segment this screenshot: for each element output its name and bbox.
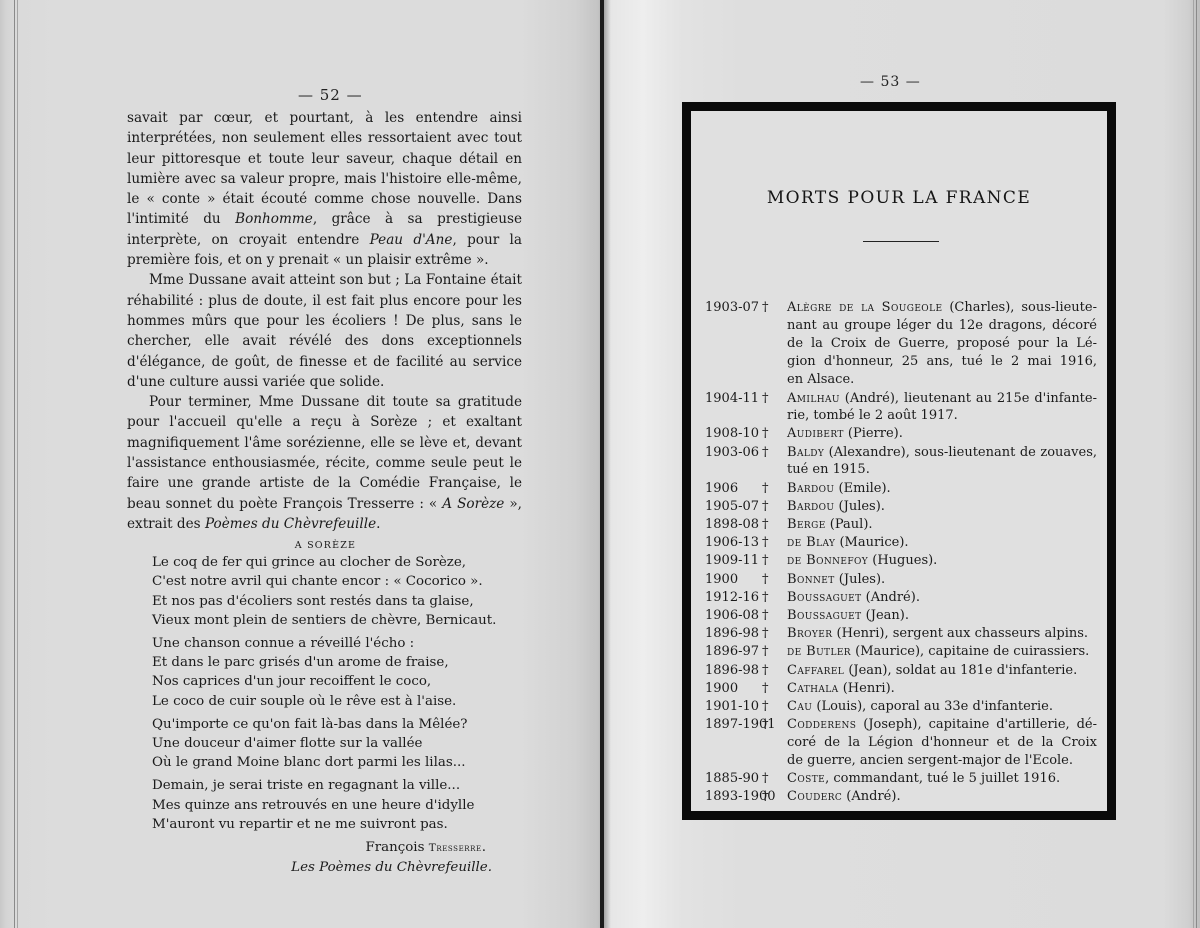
poem-verse: M'auront vu repartir et ne me suivront p… [152, 815, 522, 834]
poem-stanza: Une chanson connue a réveillé l'écho :Et… [152, 634, 522, 711]
page-number-right: — 53 — [860, 74, 921, 90]
page-edge-line [14, 0, 15, 928]
page-edge-line [17, 0, 18, 928]
school-years: 1904-11 [705, 390, 762, 408]
poem-author: François Tresserre. [127, 838, 522, 858]
page-number-left: — 52 — [298, 86, 363, 104]
soldier-name: Bonnet [787, 572, 835, 587]
poem-verse: Nos caprices d'un jour recoiffent le coc… [152, 672, 522, 691]
school-years: 1901-10 [705, 698, 762, 716]
school-years: 1906-08 [705, 607, 762, 625]
memorial-title: MORTS POUR LA FRANCE [691, 188, 1107, 208]
soldier-name: Boussaguet [787, 590, 862, 605]
school-years: 1906 [705, 480, 762, 498]
poem-verse: Et nos pas d'écoliers sont restés dans t… [152, 592, 522, 611]
cross-icon: † [762, 390, 787, 408]
poem-title: A SORÈZE [127, 540, 522, 551]
soldier-name: Coste [787, 771, 825, 786]
poem-stanza: Qu'importe ce qu'on fait là-bas dans la … [152, 715, 522, 773]
poem-verse: Le coco de cuir souple où le rêve est à … [152, 692, 522, 711]
paragraph: Pour terminer, Mme Dussane dit toute sa … [127, 392, 522, 534]
poem-verse: Où le grand Moine blanc dort parmi les l… [152, 753, 522, 772]
soldier-name: de Butler [787, 644, 851, 659]
cross-icon: † [762, 444, 787, 462]
memorial-black-frame: MORTS POUR LA FRANCE 1903-07†Alègre de l… [682, 102, 1116, 820]
cross-icon: † [762, 534, 787, 552]
school-years: 1900 [705, 571, 762, 589]
memorial-entry: 1885-90†Coste, commandant, tué le 5 juil… [705, 770, 1097, 788]
soldier-name: Broyer [787, 626, 832, 641]
memorial-entry: 1906-13†de Blay (Maurice). [705, 534, 1097, 552]
memorial-entry: 1893-1900†Couderc (André). [705, 788, 1097, 806]
book-gutter [600, 0, 604, 928]
soldier-name: Cathala [787, 681, 839, 696]
memorial-entry: 1896-98†Broyer (Henri), sergent aux chas… [705, 625, 1097, 643]
soldier-name: Baldy [787, 445, 824, 460]
cross-icon: † [762, 589, 787, 607]
soldier-name: Alègre de la Sougeole [787, 300, 942, 315]
cross-icon: † [762, 716, 787, 734]
memorial-entry: 1908-10†Audibert (Pierre). [705, 425, 1097, 443]
memorial-entry: 1905-07†Bardou (Jules). [705, 498, 1097, 516]
poem-verse: Une chanson connue a réveillé l'écho : [152, 634, 522, 653]
school-years: 1896-98 [705, 625, 762, 643]
soldier-name: Couderc [787, 789, 842, 804]
memorial-entry: 1903-07†Alègre de la Sougeole (Charles),… [705, 299, 1097, 390]
poem-verse: Une douceur d'aimer flotte sur la vallée [152, 734, 522, 753]
cross-icon: † [762, 425, 787, 443]
memorial-entry: 1906-08†Boussaguet (Jean). [705, 607, 1097, 625]
cross-icon: † [762, 571, 787, 589]
school-years: 1898-08 [705, 516, 762, 534]
cross-icon: † [762, 498, 787, 516]
soldier-name: de Bonnefoy [787, 553, 868, 568]
soldier-name: Bardou [787, 499, 834, 514]
memorial-entry: 1900†Bonnet (Jules). [705, 571, 1097, 589]
school-years: 1885-90 [705, 770, 762, 788]
poem-stanza: Le coq de fer qui grince au clocher de S… [152, 553, 522, 630]
school-years: 1908-10 [705, 425, 762, 443]
cross-icon: † [762, 607, 787, 625]
soldier-name: Audibert [787, 426, 844, 441]
cross-icon: † [762, 662, 787, 680]
poem-verse: Demain, je serai triste en regagnant la … [152, 776, 522, 795]
paragraph: savait par cœur, et pourtant, à les ente… [127, 108, 522, 270]
soldier-name: Bardou [787, 481, 834, 496]
school-years: 1903-06 [705, 444, 762, 462]
memorial-entry: 1909-11†de Bonnefoy (Hugues). [705, 552, 1097, 570]
soldier-name: de Blay [787, 535, 835, 550]
memorial-entry: 1896-98†Caffarel (Jean), soldat au 181e … [705, 662, 1097, 680]
poem-verse: Et dans le parc grisés d'un arome de fra… [152, 653, 522, 672]
page-edge-line [1196, 0, 1197, 928]
poem-verse: Qu'importe ce qu'on fait là-bas dans la … [152, 715, 522, 734]
soldier-name: Cau [787, 699, 812, 714]
poem-verse: Mes quinze ans retrouvés en une heure d'… [152, 796, 522, 815]
memorial-entry: 1897-1901†Codderens (Joseph), capitaine … [705, 716, 1097, 770]
soldier-name: Berge [787, 517, 826, 532]
memorial-entry: 1906†Bardou (Emile). [705, 480, 1097, 498]
poem-body: Le coq de fer qui grince au clocher de S… [127, 553, 522, 834]
school-years: 1903-07 [705, 299, 762, 317]
memorial-entry: 1898-08†Berge (Paul). [705, 516, 1097, 534]
poem-verse: Vieux mont plein de sentiers de chèvre, … [152, 611, 522, 630]
poem-verse: C'est notre avril qui chante encor : « C… [152, 572, 522, 591]
soldier-name: Codderens [787, 717, 856, 732]
cross-icon: † [762, 625, 787, 643]
soldier-name: Caffarel [787, 663, 844, 678]
poem-source: Les Poèmes du Chèvrefeuille. [127, 858, 522, 877]
cross-icon: † [762, 770, 787, 788]
school-years: 1897-1901 [705, 716, 762, 734]
school-years: 1893-1900 [705, 788, 762, 806]
poem-verse: Le coq de fer qui grince au clocher de S… [152, 553, 522, 572]
school-years: 1905-07 [705, 498, 762, 516]
school-years: 1906-13 [705, 534, 762, 552]
cross-icon: † [762, 516, 787, 534]
prose-section: savait par cœur, et pourtant, à les ente… [127, 108, 522, 534]
school-years: 1909-11 [705, 552, 762, 570]
cross-icon: † [762, 552, 787, 570]
memorial-entry: 1903-06†Baldy (Alexandre), sous-lieutena… [705, 444, 1097, 480]
paragraph: Mme Dussane avait atteint son but ; La F… [127, 270, 522, 392]
school-years: 1912-16 [705, 589, 762, 607]
soldier-name: Boussaguet [787, 608, 862, 623]
title-divider [863, 241, 939, 242]
memorial-entry: 1904-11†Amilhau (André), lieutenant au 2… [705, 390, 1097, 426]
soldier-name: Amilhau [787, 391, 840, 406]
left-text-column: savait par cœur, et pourtant, à les ente… [127, 108, 522, 877]
cross-icon: † [762, 643, 787, 661]
cross-icon: † [762, 698, 787, 716]
cross-icon: † [762, 788, 787, 806]
memorial-entry: 1901-10†Cau (Louis), caporal au 33e d'in… [705, 698, 1097, 716]
poem-stanza: Demain, je serai triste en regagnant la … [152, 776, 522, 834]
memorial-entry: 1900†Cathala (Henri). [705, 680, 1097, 698]
school-years: 1896-97 [705, 643, 762, 661]
cross-icon: † [762, 480, 787, 498]
school-years: 1896-98 [705, 662, 762, 680]
cross-icon: † [762, 680, 787, 698]
roll-of-honour-list: 1903-07†Alègre de la Sougeole (Charles),… [705, 299, 1097, 807]
page-edge-line [1193, 0, 1194, 928]
school-years: 1900 [705, 680, 762, 698]
cross-icon: † [762, 299, 787, 317]
memorial-entry: 1896-97†de Butler (Maurice), capitaine d… [705, 643, 1097, 661]
memorial-entry: 1912-16†Boussaguet (André). [705, 589, 1097, 607]
